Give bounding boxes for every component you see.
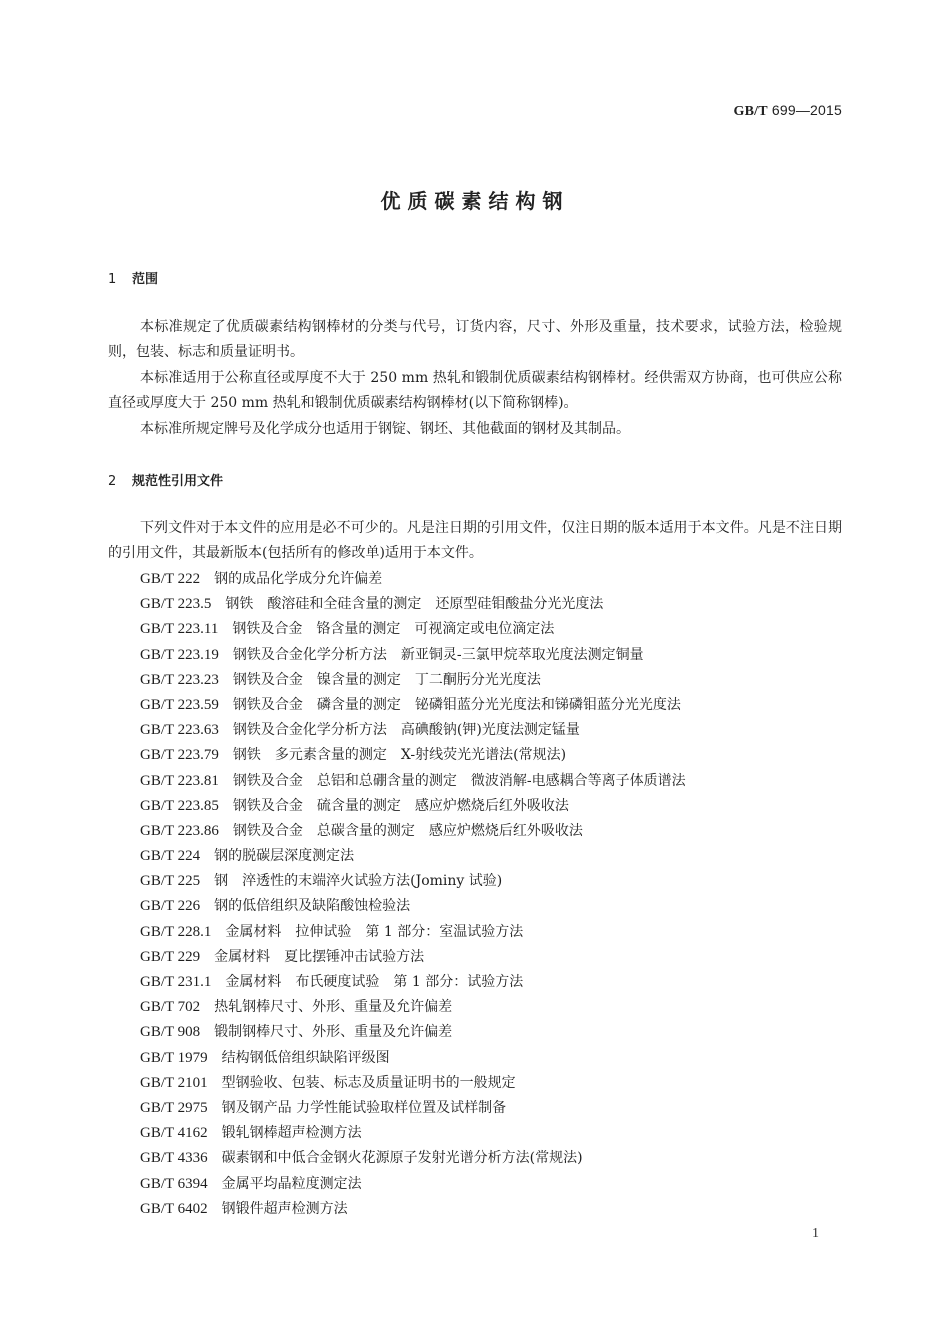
reference-code: GB/T 4162 xyxy=(140,1125,208,1141)
reference-code: GB/T 2975 xyxy=(140,1100,208,1116)
reference-title: 金属材料 夏比摆锤冲击试验方法 xyxy=(214,949,424,965)
reference-code: GB/T 223.23 xyxy=(140,672,219,688)
reference-item: GB/T 226钢的低倍组织及缺陷酸蚀检验法 xyxy=(140,894,686,919)
reference-item: GB/T 223.19钢铁及合金化学分析方法 新亚铜灵-三氯甲烷萃取光度法测定铜… xyxy=(140,643,686,668)
reference-item: GB/T 223.85钢铁及合金 硫含量的测定 感应炉燃烧后红外吸收法 xyxy=(140,794,686,819)
reference-title: 钢 淬透性的末端淬火试验方法(Jominy 试验) xyxy=(214,873,502,889)
section-title: 范围 xyxy=(132,272,158,287)
reference-code: GB/T 226 xyxy=(140,898,200,914)
reference-item: GB/T 223.81钢铁及合金 总铝和总硼含量的测定 微波消解-电感耦合等离子… xyxy=(140,769,686,794)
reference-title: 钢及钢产品 力学性能试验取样位置及试样制备 xyxy=(222,1100,506,1116)
section-title: 规范性引用文件 xyxy=(132,474,223,489)
reference-title: 热轧钢棒尺寸、外形、重量及允许偏差 xyxy=(214,999,452,1015)
reference-item: GB/T 223.11钢铁及合金 铬含量的测定 可视滴定或电位滴定法 xyxy=(140,617,686,642)
reference-item: GB/T 223.5钢铁 酸溶硅和全硅含量的测定 还原型硅钼酸盐分光光度法 xyxy=(140,592,686,617)
scope-paragraph-2: 本标准适用于公称直径或厚度不大于 250 mm 热轧和锻制优质碳素结构钢棒材。经… xyxy=(108,366,842,416)
reference-title: 型钢验收、包装、标志及质量证明书的一般规定 xyxy=(222,1075,516,1091)
reference-code: GB/T 223.59 xyxy=(140,697,219,713)
reference-item: GB/T 2975钢及钢产品 力学性能试验取样位置及试样制备 xyxy=(140,1096,686,1121)
reference-code: GB/T 223.63 xyxy=(140,722,219,738)
reference-code: GB/T 224 xyxy=(140,848,200,864)
reference-code: GB/T 225 xyxy=(140,873,200,889)
reference-code: GB/T 222 xyxy=(140,571,200,587)
reference-code: GB/T 223.81 xyxy=(140,773,219,789)
reference-item: GB/T 1979结构钢低倍组织缺陷评级图 xyxy=(140,1046,686,1071)
reference-item: GB/T 223.86钢铁及合金 总碳含量的测定 感应炉燃烧后红外吸收法 xyxy=(140,819,686,844)
reference-title: 锻制钢棒尺寸、外形、重量及允许偏差 xyxy=(214,1024,452,1040)
reference-item: GB/T 2101型钢验收、包装、标志及质量证明书的一般规定 xyxy=(140,1071,686,1096)
reference-title: 钢的脱碳层深度测定法 xyxy=(214,848,354,864)
standard-code: GB/T 699—2015 xyxy=(734,102,842,120)
scope-paragraph-1: 本标准规定了优质碳素结构钢棒材的分类与代号，订货内容，尺寸、外形及重量，技术要求… xyxy=(108,315,842,365)
reference-title: 金属材料 拉伸试验 第 1 部分：室温试验方法 xyxy=(225,924,523,940)
reference-code: GB/T 223.11 xyxy=(140,621,218,637)
section-2-heading: 2规范性引用文件 xyxy=(108,470,223,489)
reference-title: 钢铁及合金化学分析方法 高碘酸钠(钾)光度法测定锰量 xyxy=(233,722,580,738)
reference-title: 钢铁及合金 总铝和总硼含量的测定 微波消解-电感耦合等离子体质谱法 xyxy=(233,773,686,789)
reference-item: GB/T 908锻制钢棒尺寸、外形、重量及允许偏差 xyxy=(140,1020,686,1045)
reference-code: GB/T 4336 xyxy=(140,1150,208,1166)
reference-title: 钢铁及合金 镍含量的测定 丁二酮肟分光光度法 xyxy=(233,672,541,688)
document-title: 优质碳素结构钢 xyxy=(0,185,950,214)
reference-item: GB/T 224钢的脱碳层深度测定法 xyxy=(140,844,686,869)
reference-item: GB/T 231.1金属材料 布氏硬度试验 第 1 部分：试验方法 xyxy=(140,970,686,995)
reference-code: GB/T 223.85 xyxy=(140,798,219,814)
reference-code: GB/T 229 xyxy=(140,949,200,965)
reference-item: GB/T 225钢 淬透性的末端淬火试验方法(Jominy 试验) xyxy=(140,869,686,894)
standard-prefix: GB/T xyxy=(734,104,768,119)
reference-item: GB/T 223.63钢铁及合金化学分析方法 高碘酸钠(钾)光度法测定锰量 xyxy=(140,718,686,743)
references-intro-paragraph: 下列文件对于本文件的应用是必不可少的。凡是注日期的引用文件，仅注日期的版本适用于… xyxy=(108,516,842,566)
reference-code: GB/T 1979 xyxy=(140,1050,208,1066)
reference-title: 碳素钢和中低合金钢火花源原子发射光谱分析方法(常规法) xyxy=(222,1150,583,1166)
standard-number: 699—2015 xyxy=(772,102,842,118)
reference-code: GB/T 223.79 xyxy=(140,747,219,763)
reference-item: GB/T 222钢的成品化学成分允许偏差 xyxy=(140,567,686,592)
reference-title: 钢铁 酸溶硅和全硅含量的测定 还原型硅钼酸盐分光光度法 xyxy=(225,596,603,612)
reference-code: GB/T 231.1 xyxy=(140,974,211,990)
reference-title: 钢铁 多元素含量的测定 X-射线荧光光谱法(常规法) xyxy=(233,747,566,763)
reference-title: 钢铁及合金 磷含量的测定 铋磷钼蓝分光光度法和锑磷钼蓝分光光度法 xyxy=(233,697,681,713)
reference-title: 锻轧钢棒超声检测方法 xyxy=(222,1125,362,1141)
document-page: GB/T 699—2015 优质碳素结构钢 1范围 本标准规定了优质碳素结构钢棒… xyxy=(0,0,950,1344)
reference-title: 金属材料 布氏硬度试验 第 1 部分：试验方法 xyxy=(225,974,523,990)
reference-code: GB/T 2101 xyxy=(140,1075,208,1091)
reference-item: GB/T 4162锻轧钢棒超声检测方法 xyxy=(140,1121,686,1146)
reference-item: GB/T 223.59钢铁及合金 磷含量的测定 铋磷钼蓝分光光度法和锑磷钼蓝分光… xyxy=(140,693,686,718)
reference-item: GB/T 6394金属平均晶粒度测定法 xyxy=(140,1172,686,1197)
reference-code: GB/T 223.86 xyxy=(140,823,219,839)
reference-title: 钢的低倍组织及缺陷酸蚀检验法 xyxy=(214,898,410,914)
reference-title: 钢锻件超声检测方法 xyxy=(222,1201,348,1217)
reference-title: 金属平均晶粒度测定法 xyxy=(222,1176,362,1192)
reference-item: GB/T 229金属材料 夏比摆锤冲击试验方法 xyxy=(140,945,686,970)
reference-code: GB/T 702 xyxy=(140,999,200,1015)
reference-item: GB/T 223.23钢铁及合金 镍含量的测定 丁二酮肟分光光度法 xyxy=(140,668,686,693)
scope-paragraph-3: 本标准所规定牌号及化学成分也适用于钢锭、钢坯、其他截面的钢材及其制品。 xyxy=(108,417,842,442)
normative-references-list: GB/T 222钢的成品化学成分允许偏差 GB/T 223.5钢铁 酸溶硅和全硅… xyxy=(140,567,686,1222)
reference-code: GB/T 908 xyxy=(140,1024,200,1040)
reference-title: 钢铁及合金 硫含量的测定 感应炉燃烧后红外吸收法 xyxy=(233,798,569,814)
reference-title: 钢铁及合金 总碳含量的测定 感应炉燃烧后红外吸收法 xyxy=(233,823,583,839)
page-number: 1 xyxy=(812,1226,819,1242)
section-1-heading: 1范围 xyxy=(108,268,158,287)
reference-title: 结构钢低倍组织缺陷评级图 xyxy=(222,1050,390,1066)
reference-title: 钢的成品化学成分允许偏差 xyxy=(214,571,382,587)
section-number: 1 xyxy=(108,272,132,287)
reference-code: GB/T 223.19 xyxy=(140,647,219,663)
reference-item: GB/T 223.79钢铁 多元素含量的测定 X-射线荧光光谱法(常规法) xyxy=(140,743,686,768)
reference-item: GB/T 228.1金属材料 拉伸试验 第 1 部分：室温试验方法 xyxy=(140,920,686,945)
reference-code: GB/T 228.1 xyxy=(140,924,211,940)
reference-item: GB/T 6402钢锻件超声检测方法 xyxy=(140,1197,686,1222)
section-number: 2 xyxy=(108,474,132,489)
reference-code: GB/T 6394 xyxy=(140,1176,208,1192)
reference-title: 钢铁及合金 铬含量的测定 可视滴定或电位滴定法 xyxy=(232,621,554,637)
reference-code: GB/T 223.5 xyxy=(140,596,211,612)
reference-code: GB/T 6402 xyxy=(140,1201,208,1217)
reference-item: GB/T 702热轧钢棒尺寸、外形、重量及允许偏差 xyxy=(140,995,686,1020)
reference-item: GB/T 4336碳素钢和中低合金钢火花源原子发射光谱分析方法(常规法) xyxy=(140,1146,686,1171)
reference-title: 钢铁及合金化学分析方法 新亚铜灵-三氯甲烷萃取光度法测定铜量 xyxy=(233,647,644,663)
